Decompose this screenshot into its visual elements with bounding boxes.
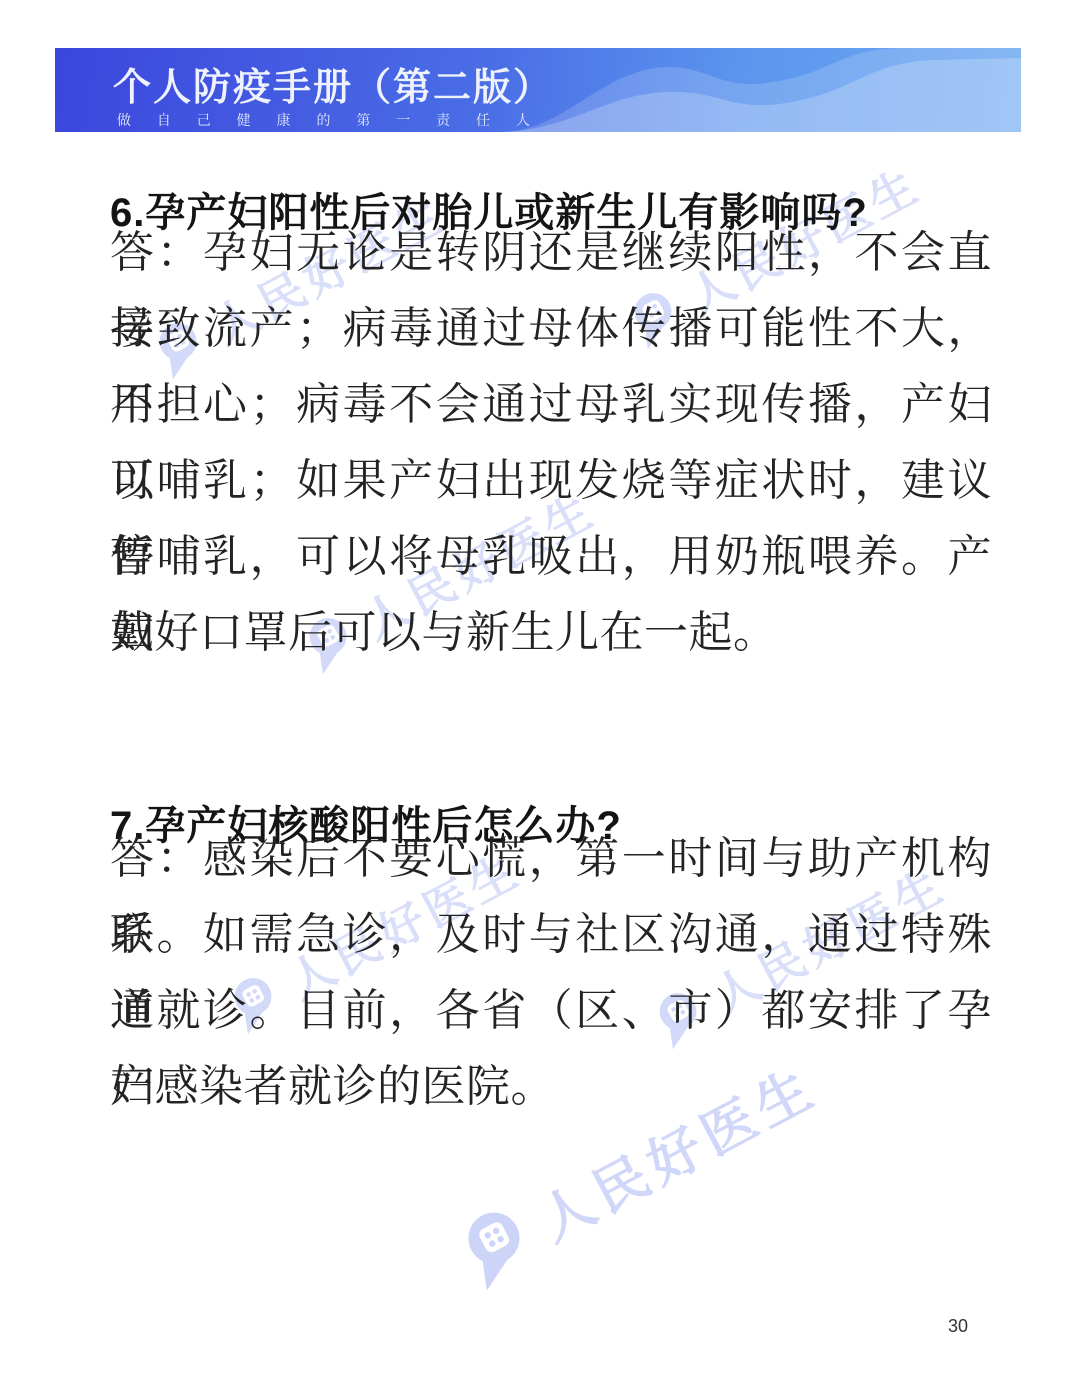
answer-line: 导致流产；病毒通过母体传播可能性不大，不 (110, 291, 992, 367)
answer-line: 答：感染后不要心慌，第一时间与助产机构联 (110, 821, 992, 897)
answer-line: 答：孕妇无论是转阴还是继续阳性，不会直接 (110, 215, 992, 291)
answer-line: 系。如需急诊，及时与社区沟通，通过特殊通 (110, 897, 992, 973)
answer-line: 用担心；病毒不会通过母乳实现传播，产妇可 (110, 367, 992, 443)
header-banner: 个人防疫手册（第二版） 做 自 己 健 康 的 第 一 责 任 人 (55, 48, 1021, 132)
manual-page: 个人防疫手册（第二版） 做 自 己 健 康 的 第 一 责 任 人 人民好医生 (0, 0, 1080, 1383)
answer-line: 以哺乳；如果产妇出现发烧等症状时，建议暂 (110, 443, 992, 519)
banner-wave-decoration (501, 48, 1021, 132)
answer-line: 戴好口罩后可以与新生儿在一起。 (110, 595, 992, 671)
answer-line: 道就诊。目前，各省（区、市）都安排了孕产 (110, 973, 992, 1049)
heart-pin-icon (435, 1190, 551, 1306)
answer-line: 停哺乳，可以将母乳吸出，用奶瓶喂养。产妇 (110, 519, 992, 595)
question-6-answer: 答：孕妇无论是转阴还是继续阳性，不会直接 导致流产；病毒通过母体传播可能性不大，… (110, 215, 992, 671)
header-title: 个人防疫手册（第二版） (113, 56, 553, 111)
answer-line: 妇感染者就诊的医院。 (110, 1049, 992, 1125)
header-subtitle: 做 自 己 健 康 的 第 一 责 任 人 (117, 110, 541, 130)
page-number: 30 (948, 1316, 968, 1337)
question-7-answer: 答：感染后不要心慌，第一时间与助产机构联 系。如需急诊，及时与社区沟通，通过特殊… (110, 821, 992, 1125)
